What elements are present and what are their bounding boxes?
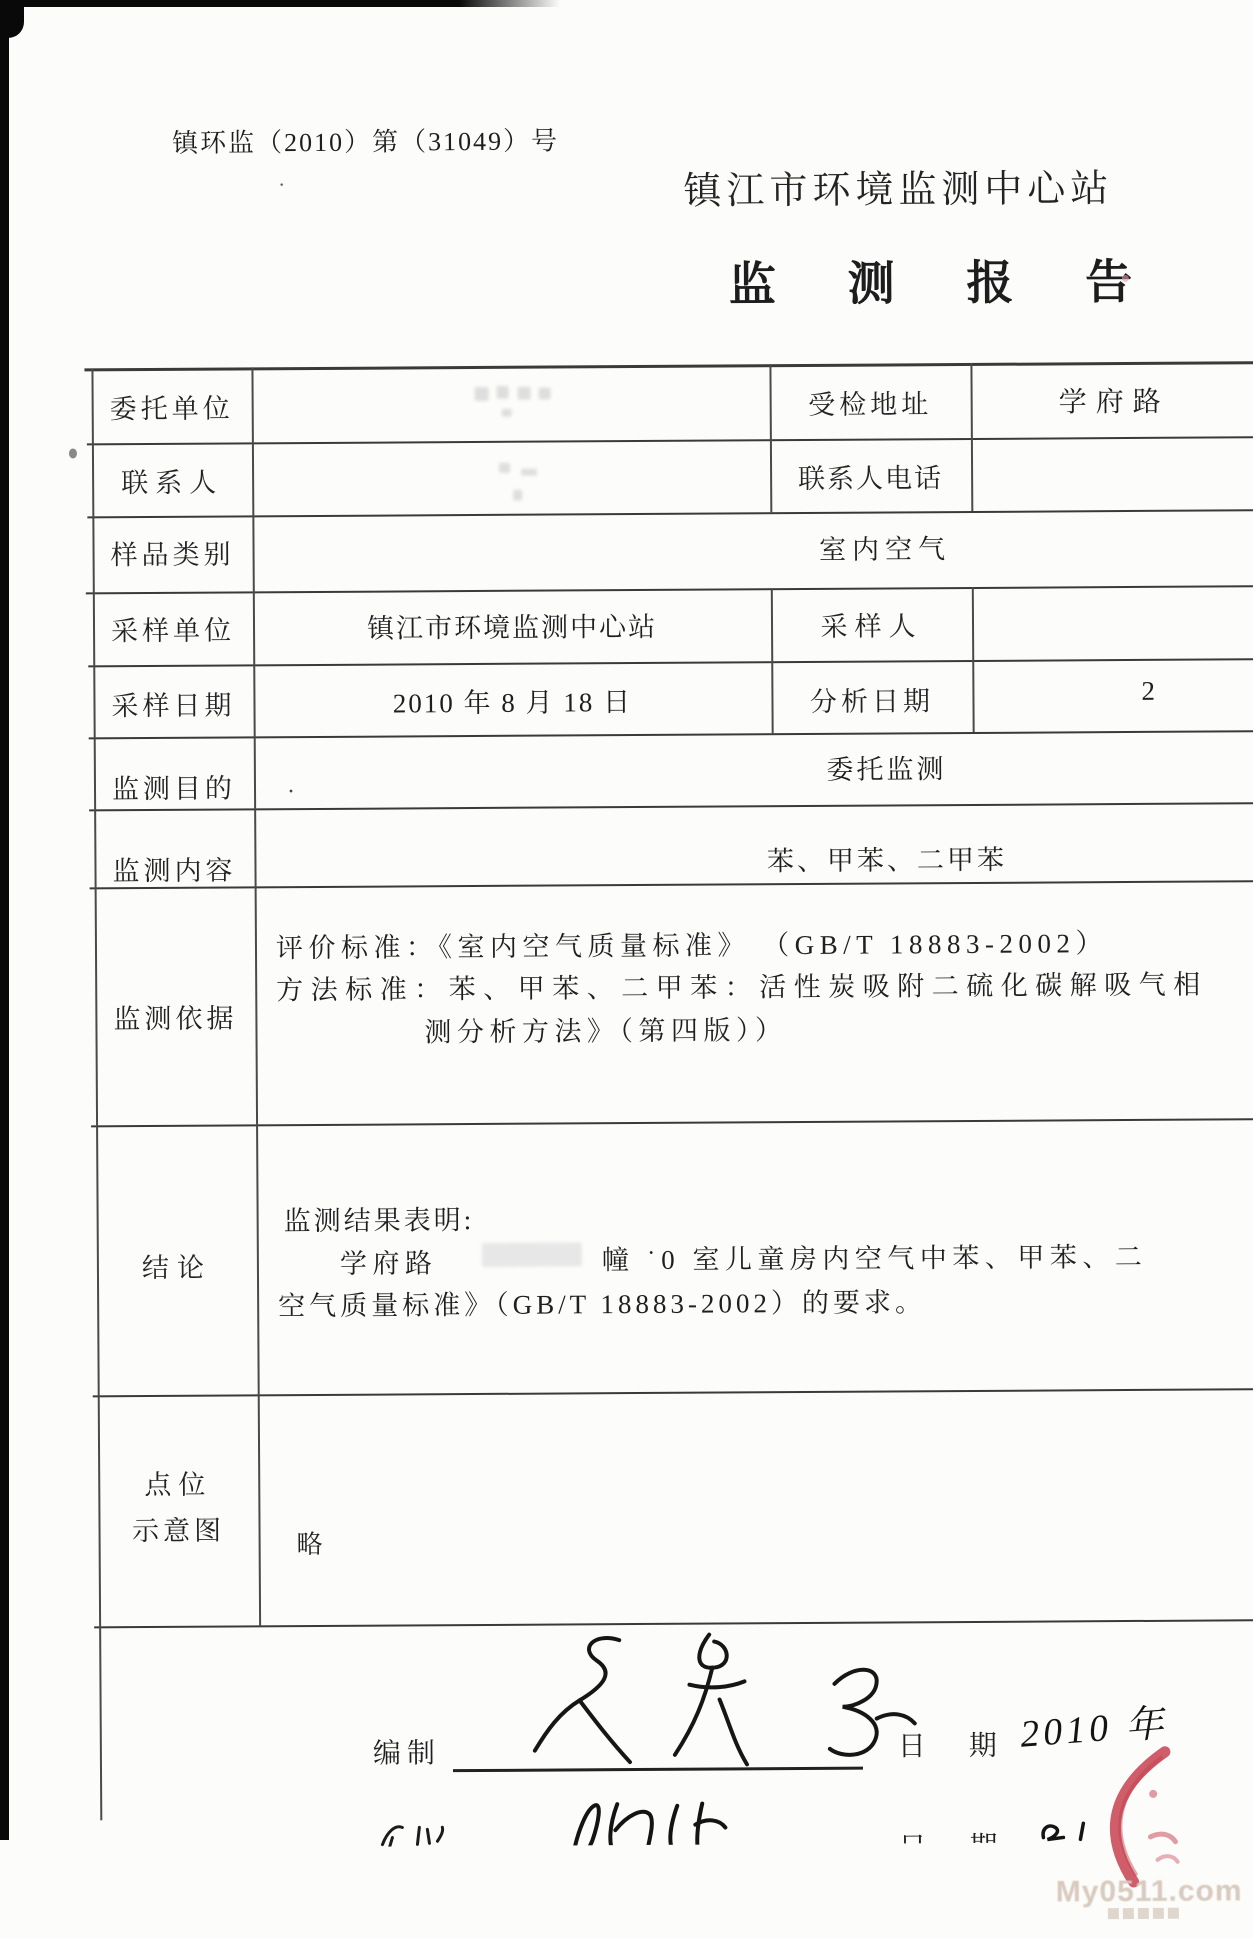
report-ref-number: 镇环监（2010）第（31049）号 bbox=[172, 120, 559, 159]
redacted-mark bbox=[518, 387, 531, 400]
redacted-mark bbox=[482, 1242, 582, 1267]
table-border-top bbox=[84, 361, 1253, 371]
field-content-label: 监测内容 bbox=[94, 848, 254, 888]
field-contact-label: 联系人 bbox=[92, 460, 252, 500]
field-diagram-value: 略 bbox=[297, 1524, 325, 1561]
field-address-label: 受检地址 bbox=[770, 382, 971, 422]
redacted-mark bbox=[499, 463, 510, 473]
row-border bbox=[94, 1619, 1253, 1628]
conclusion-line-3: 空气质量标准》（GB/T 18883-2002）的要求。 bbox=[278, 1280, 926, 1323]
field-purpose-value: 委托监测 bbox=[254, 744, 1253, 791]
conclusion-line-1: 监测结果表明: bbox=[284, 1198, 475, 1238]
stray-dot-header: · bbox=[278, 174, 287, 197]
field-basis-label: 监测依据 bbox=[95, 996, 255, 1036]
field-phone-label: 联系人电话 bbox=[770, 456, 971, 496]
conclusion-line-2-start: 学府路 bbox=[340, 1241, 438, 1281]
prepared-by-label: 编制 bbox=[373, 1731, 441, 1771]
org-name-title: 镇江市环境监测中心站 bbox=[683, 157, 1113, 215]
redacted-mark bbox=[521, 469, 537, 476]
basis-line-1: 评价标准：《室内空气质量标准》 （GB/T 18883-2002） bbox=[276, 921, 1108, 965]
row-border bbox=[89, 730, 1253, 739]
field-address-value: 学府路 bbox=[1059, 380, 1170, 421]
scan-speck-pink bbox=[1122, 275, 1129, 282]
field-diagram-label-line2: 示意图 bbox=[98, 1508, 258, 1548]
review-date-label: 日 期 bbox=[898, 1825, 1015, 1849]
field-sampling-date-label: 采样日期 bbox=[93, 683, 253, 723]
scanned-report-page: 镇环监（2010）第（31049）号 · 镇江市环境监测中心站 监 测 报 告 … bbox=[0, 0, 1253, 1938]
field-conclusion-label: 结论 bbox=[97, 1245, 257, 1285]
field-diagram-label-line1: 点位 bbox=[98, 1462, 258, 1502]
watermark-text: My0511.com bbox=[1056, 1874, 1243, 1909]
basis-line-3: 测分析方法》（第四版）） bbox=[424, 1008, 787, 1049]
redacted-mark bbox=[502, 409, 512, 417]
field-purpose-label: 监测目的 bbox=[94, 766, 254, 806]
redacted-mark bbox=[539, 388, 551, 400]
redacted-mark bbox=[497, 386, 509, 399]
redacted-mark bbox=[513, 490, 522, 501]
field-content-value: 苯、甲苯、二甲苯 bbox=[254, 835, 1253, 882]
row-border bbox=[90, 880, 1253, 889]
prepared-date-label: 日 期 bbox=[898, 1724, 1015, 1765]
document-content: 镇环监（2010）第（31049）号 · 镇江市环境监测中心站 监 测 报 告 … bbox=[0, 0, 1253, 1938]
row-border bbox=[88, 658, 1253, 667]
field-sampling-org-value: 镇江市环境监测中心站 bbox=[253, 604, 771, 646]
table-border-left bbox=[91, 368, 102, 1820]
red-stamp-edge bbox=[1065, 1741, 1226, 1892]
field-analysis-date-label: 分析日期 bbox=[771, 679, 972, 719]
review-signature-scribble bbox=[557, 1799, 747, 1849]
conclusion-line-2-rest: 幢 ˙0 室儿童房内空气中苯、甲苯、二 bbox=[602, 1235, 1148, 1277]
report-title: 监 测 报 告 bbox=[729, 245, 1163, 315]
field-analysis-date-value: 2 bbox=[1141, 676, 1157, 707]
row-border bbox=[87, 509, 1253, 518]
basis-line-2: 方法标准：苯、甲苯、二甲苯：活性炭吸附二硫化碳解吸气相 bbox=[276, 963, 1208, 1008]
row-border bbox=[86, 585, 1253, 594]
watermark-subtext-blur bbox=[1108, 1908, 1179, 1919]
row-border bbox=[89, 802, 1253, 811]
row-border bbox=[87, 436, 1253, 445]
row-border bbox=[93, 1388, 1253, 1397]
scan-edge-top bbox=[0, 0, 560, 7]
field-sampling-org-label: 采样单位 bbox=[93, 608, 253, 648]
prepared-signature-scribble bbox=[524, 1628, 925, 1775]
field-client-label: 委托单位 bbox=[92, 386, 252, 426]
row-border bbox=[91, 1118, 1253, 1127]
scan-speck bbox=[69, 448, 77, 458]
field-sample-type-value: 室内空气 bbox=[252, 524, 1253, 571]
review-label-partial-strokes bbox=[377, 1819, 447, 1849]
field-sample-type-label: 样品类别 bbox=[92, 532, 252, 572]
scan-edge-left bbox=[0, 0, 9, 1840]
redacted-mark bbox=[475, 387, 489, 401]
field-sampling-date-value: 2010 年 8 月 18 日 bbox=[253, 679, 771, 721]
field-sampler-label: 采样人 bbox=[771, 604, 972, 644]
